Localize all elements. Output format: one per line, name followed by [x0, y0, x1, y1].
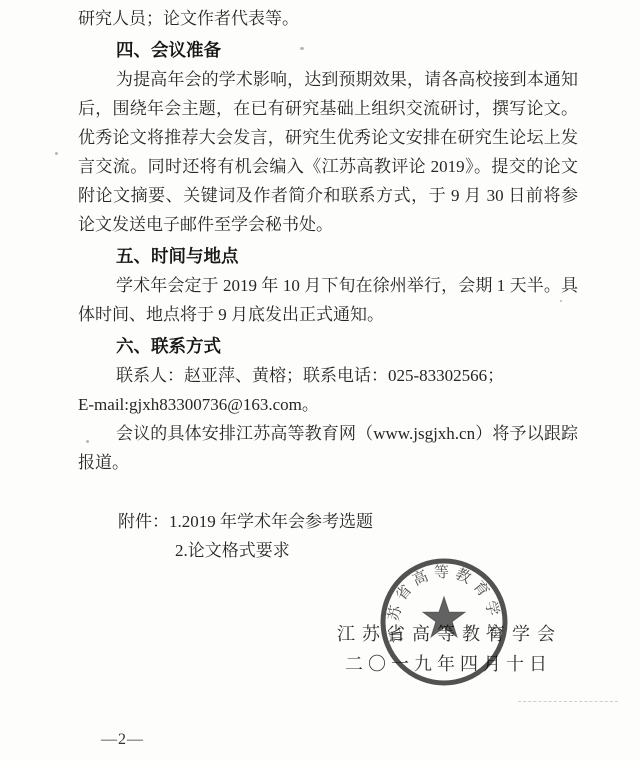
scan-artifact-speck: [55, 152, 58, 155]
document-page: 研究人员；论文作者代表等。 四、会议准备 为提高年会的学术影响，达到预期效果，请…: [0, 0, 640, 761]
email-line: E-mail:gjxh83300736@163.com。: [78, 390, 578, 419]
body-line: 优秀论文将推荐大会发言，研究生优秀论文安排在研究生论坛上发: [78, 123, 578, 152]
section-heading-5: 五、时间与地点: [78, 242, 578, 271]
body-line: 附论文摘要、关键词及作者简介和联系方式，于 9 月 30 日前将参会: [78, 181, 578, 210]
scan-artifact-speck: [300, 47, 304, 50]
scan-artifact-line: [518, 701, 618, 702]
signature-organization: 江苏省高等教育学会: [78, 619, 562, 649]
page-number: —2—: [101, 731, 144, 749]
body-line: 研究人员；论文作者代表等。: [78, 4, 578, 33]
attachment-line-1: 附件：1.2019 年学术年会参考选题: [78, 507, 578, 536]
contact-line: 联系人：赵亚萍、黄榕；联系电话：025-83302566；: [78, 361, 578, 390]
scan-artifact-speck: [560, 300, 562, 302]
section-heading-6: 六、联系方式: [78, 332, 578, 361]
body-line: 报道。: [78, 448, 578, 477]
attachment-line-2: 2.论文格式要求: [78, 536, 578, 565]
body-line: 论文发送电子邮件至学会秘书处。: [78, 210, 578, 239]
document-text-block: 研究人员；论文作者代表等。 四、会议准备 为提高年会的学术影响，达到预期效果，请…: [78, 4, 578, 679]
body-line: 为提高年会的学术影响，达到预期效果，请各高校接到本通知: [78, 65, 578, 94]
body-line: 言交流。同时还将有机会编入《江苏高教评论 2019》。提交的论文请: [78, 152, 578, 181]
body-line: 会议的具体安排江苏高等教育网（www.jsgjxh.cn）将予以跟踪: [78, 419, 578, 448]
body-line: 后，围绕年会主题，在已有研究基础上组织交流研讨，撰写论文。: [78, 94, 578, 123]
signature-date: 二〇一九年四月十日: [78, 649, 552, 679]
body-line: 学术年会定于 2019 年 10 月下旬在徐州举行，会期 1 天半。具: [78, 271, 578, 300]
scan-artifact-speck: [86, 440, 89, 443]
body-line: 体时间、地点将于 9 月底发出正式通知。: [78, 300, 578, 329]
section-heading-4: 四、会议准备: [78, 36, 578, 65]
